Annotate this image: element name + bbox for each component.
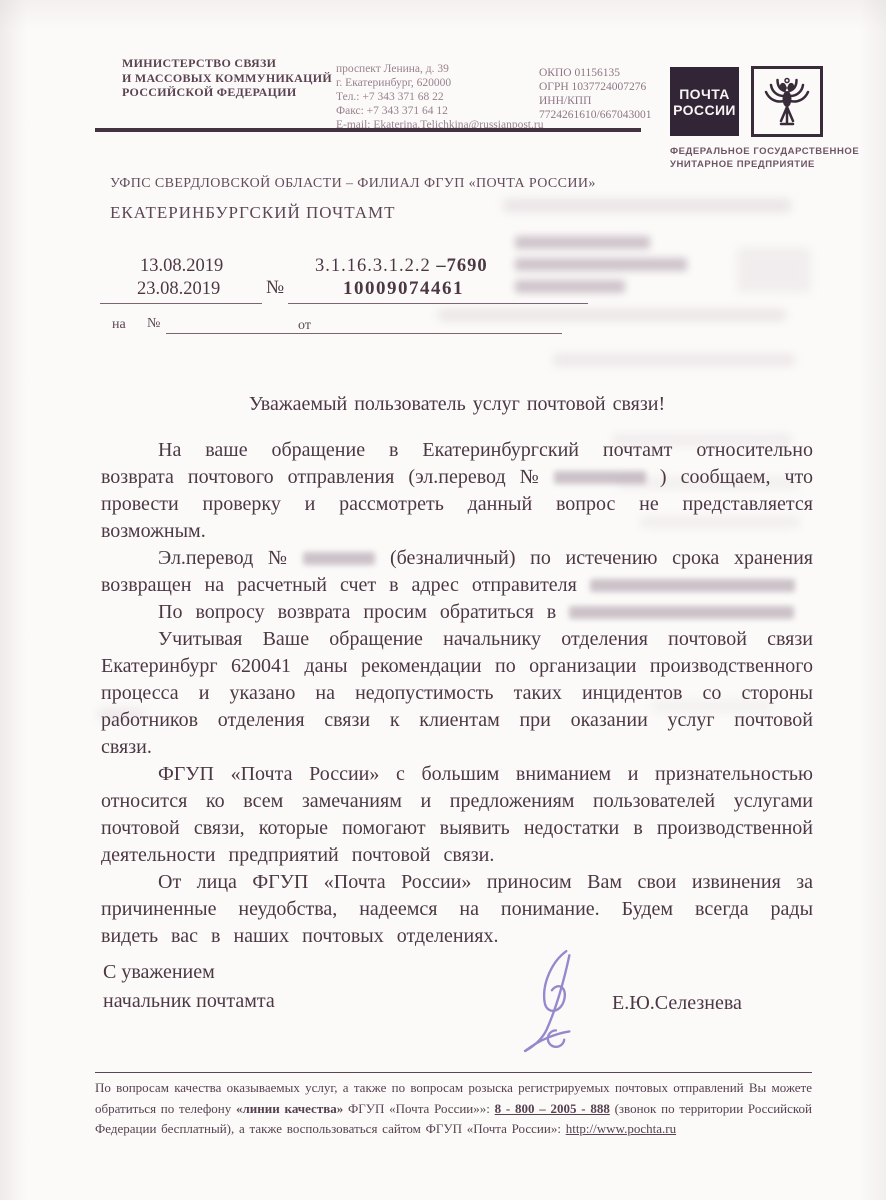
salutation: Уважаемый пользователь услуг почтовой св… xyxy=(101,391,813,418)
signatory-name: Е.Ю.Селезнева xyxy=(612,992,742,1015)
eagle-emblem-box xyxy=(751,66,823,137)
logo-text-line: РОССИИ xyxy=(673,102,736,118)
date-underline xyxy=(100,303,262,304)
paragraph-text: По вопросу возврата просим обратиться в xyxy=(158,601,556,623)
date-sent: 23.08.2019 xyxy=(137,279,220,300)
letterhead-divider xyxy=(95,128,641,132)
ministry-line: И МАССОВЫХ КОММУНИКАЦИЙ xyxy=(122,71,332,86)
paragraph: На ваше обращение в Екатеринбургский поч… xyxy=(101,437,813,545)
paragraph: ФГУП «Почта России» с большим вниманием … xyxy=(101,761,813,869)
outgoing-code: 3.1.16.3.1.2.2 –7690 xyxy=(315,256,488,277)
fgup-caption-line: ФЕДЕРАЛЬНОЕ ГОСУДАРСТВЕННОЕ xyxy=(670,145,859,158)
redacted-recipient-line xyxy=(515,258,687,271)
quality-phone: 8 - 800 – 2005 - 888 xyxy=(495,1101,610,1116)
address-line: Факс: +7 343 371 64 12 xyxy=(336,104,543,118)
redacted-text xyxy=(303,552,375,565)
outgoing-code-bold: –7690 xyxy=(436,256,487,276)
address-line: г. Екатеринбург, 620000 xyxy=(336,76,543,90)
requisite-line: ИНН/КПП xyxy=(539,94,651,108)
ministry-line: РОССИЙСКОЙ ФЕДЕРАЦИИ xyxy=(122,85,332,100)
closing-title: начальник почтамта xyxy=(103,987,275,1016)
letter-body: Уважаемый пользователь услуг почтовой св… xyxy=(101,391,813,950)
logo-text-line: ПОЧТА xyxy=(679,86,730,102)
redacted-recipient-line xyxy=(515,236,650,249)
fgup-caption: ФЕДЕРАЛЬНОЕ ГОСУДАРСТВЕННОЕ УНИТАРНОЕ ПР… xyxy=(670,145,859,171)
pochta-rossii-logo: ПОЧТА РОССИИ xyxy=(670,67,739,136)
bleed-through-text xyxy=(503,199,791,212)
ministry-line: МИНИСТЕРСТВО СВЯЗИ xyxy=(122,56,332,71)
bleed-through-text xyxy=(438,309,786,321)
quality-line-label: «линии качества» xyxy=(236,1101,343,1116)
paragraph: От лица ФГУП «Почта России» приносим Вам… xyxy=(101,869,813,950)
paragraph: Учитывая Ваше обращение начальнику отдел… xyxy=(101,626,813,761)
postamt-title: ЕКАТЕРИНБУРГСКИЙ ПОЧТАМТ xyxy=(110,203,396,223)
na-label: на xyxy=(112,317,126,333)
outgoing-code-prefix: 3.1.16.3.1.2.2 xyxy=(315,256,431,276)
paragraph: Эл.перевод № (безналичный) по истечению … xyxy=(101,545,813,599)
requisite-line: ОГРН 1037724007276 xyxy=(539,80,651,94)
double-headed-eagle-icon xyxy=(762,75,812,129)
date-received: 13.08.2019 xyxy=(140,256,223,277)
ministry-block: МИНИСТЕРСТВО СВЯЗИ И МАССОВЫХ КОММУНИКАЦ… xyxy=(122,56,332,100)
pochta-url: http://www.pochta.ru xyxy=(566,1121,676,1136)
number-underline xyxy=(288,303,588,304)
branch-title: УФПС СВЕРДЛОВСКОЙ ОБЛАСТИ – ФИЛИАЛ ФГУП … xyxy=(110,176,596,192)
redacted-text xyxy=(590,579,795,592)
outgoing-number: 10009074461 xyxy=(343,278,464,300)
address-line: Тел.: +7 343 371 68 22 xyxy=(336,90,543,104)
paragraph: По вопросу возврата просим обратиться в xyxy=(101,599,813,626)
ot-label: от xyxy=(298,318,311,334)
sender-address-block: проспект Ленина, д. 39 г. Екатеринбург, … xyxy=(336,62,543,132)
requisite-line: 7724261610/667043001 xyxy=(539,108,651,122)
closing-regards: С уважением xyxy=(103,958,275,987)
address-line: проспект Ленина, д. 39 xyxy=(336,62,543,76)
handwritten-signature xyxy=(500,945,612,1053)
footer-note: По вопросам качества оказываемых услуг, … xyxy=(95,1072,812,1140)
paragraph-text: Эл.перевод № xyxy=(158,547,289,569)
no-label: № xyxy=(147,316,160,332)
closing-block: С уважением начальник почтамта xyxy=(103,958,275,1016)
bleed-through-text xyxy=(737,247,811,293)
footer-text: ФГУП «Почта России»»: xyxy=(343,1101,494,1116)
incoming-date-blank xyxy=(318,333,562,334)
requisite-line: ОКПО 01156135 xyxy=(539,66,651,80)
scanned-letter-page: МИНИСТЕРСТВО СВЯЗИ И МАССОВЫХ КОММУНИКАЦ… xyxy=(0,0,886,1200)
redacted-recipient-line xyxy=(515,280,625,293)
requisites-block: ОКПО 01156135 ОГРН 1037724007276 ИНН/КПП… xyxy=(539,66,651,122)
redacted-text xyxy=(569,606,794,619)
fgup-caption-line: УНИТАРНОЕ ПРЕДПРИЯТИЕ xyxy=(670,158,859,171)
number-sign: № xyxy=(266,277,284,299)
redacted-text xyxy=(554,471,646,484)
bleed-through-text xyxy=(553,354,795,366)
